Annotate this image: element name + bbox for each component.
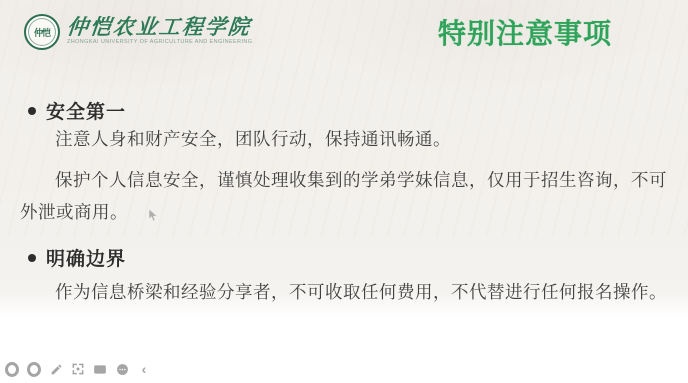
- section-heading-label: 安全第一: [46, 97, 126, 124]
- university-seal-icon: 仲恺: [24, 14, 60, 50]
- university-name: 仲恺农业工程学院: [66, 16, 254, 38]
- paragraph-safety-2: 保护个人信息安全，谨慎处理收集到的学弟学妹信息，仅用于招生咨询，不可外泄或商用。: [20, 164, 673, 228]
- seal-text: 仲恺: [34, 26, 50, 39]
- section-heading-label: 明确边界: [46, 244, 126, 271]
- ring-icon-2[interactable]: [27, 362, 41, 376]
- annotation-toolbar: ‹: [5, 360, 151, 378]
- university-logo: 仲恺 仲恺农业工程学院 ZHONGKAI UNIVERSITY OF AGRIC…: [24, 14, 252, 50]
- bullet-dot-icon: [28, 254, 36, 262]
- slide-title: 特别注意事项: [438, 12, 612, 52]
- paragraph-boundary-1: 作为信息桥梁和经验分享者，不可收取任何费用，不代替进行任何报名操作。: [20, 276, 673, 308]
- scan-frame-icon[interactable]: [71, 362, 85, 376]
- logo-text: 仲恺农业工程学院 ZHONGKAI UNIVERSITY OF AGRICULT…: [67, 14, 252, 45]
- ring-icon[interactable]: [5, 362, 19, 376]
- section-heading-boundary: 明确边界: [28, 244, 126, 271]
- chevron-left-icon[interactable]: ‹: [137, 362, 151, 376]
- more-circle-icon[interactable]: [115, 362, 129, 376]
- board-icon[interactable]: [93, 362, 107, 376]
- section-heading-safety: 安全第一: [28, 97, 126, 124]
- university-name-english: ZHONGKAI UNIVERSITY OF AGRICULTURE AND E…: [67, 39, 252, 45]
- paragraph-safety-1: 注意人身和财产安全，团队行动，保持通讯畅通。: [20, 123, 673, 155]
- bullet-dot-icon: [28, 107, 36, 115]
- presentation-slide: 仲恺 仲恺农业工程学院 ZHONGKAI UNIVERSITY OF AGRIC…: [0, 0, 688, 383]
- mouse-cursor-icon: [148, 209, 158, 227]
- pencil-icon[interactable]: [49, 362, 63, 376]
